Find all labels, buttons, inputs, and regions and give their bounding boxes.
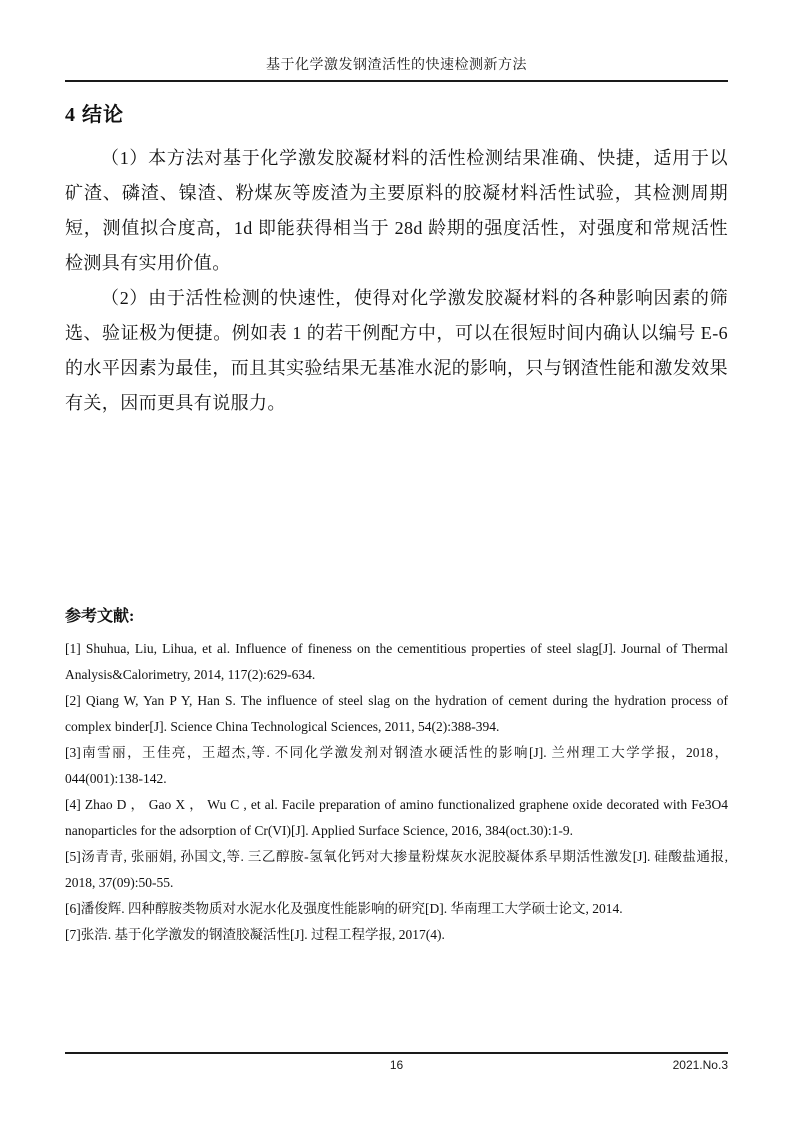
reference-item-4: [4] Zhao D ， Gao X ， Wu C , et al. Facil… xyxy=(65,792,728,844)
page-content: 基于化学激发钢渣活性的快速检测新方法 4 结论 （1）本方法对基于化学激发胶凝材… xyxy=(65,0,728,948)
reference-item-1: [1] Shuhua, Liu, Lihua, et al. Influence… xyxy=(65,636,728,688)
reference-item-5: [5]汤青青, 张丽娟, 孙国文,等. 三乙醇胺-氢氧化钙对大掺量粉煤灰水泥胶凝… xyxy=(65,844,728,896)
reference-item-2: [2] Qiang W, Yan P Y, Han S. The influen… xyxy=(65,688,728,740)
reference-item-7: [7]张浩. 基于化学激发的钢渣胶凝活性[J]. 过程工程学报, 2017(4)… xyxy=(65,922,728,948)
conclusion-paragraph-1: （1）本方法对基于化学激发胶凝材料的活性检测结果准确、快捷，适用于以矿渣、磷渣、… xyxy=(65,141,728,281)
page-number: 16 xyxy=(65,1058,728,1072)
running-title: 基于化学激发钢渣活性的快速检测新方法 xyxy=(65,57,728,75)
section-heading: 4 结论 xyxy=(65,103,728,127)
page-header: 基于化学激发钢渣活性的快速检测新方法 xyxy=(65,0,728,82)
page-footer: 16 2021.No.3 xyxy=(65,1052,728,1078)
conclusion-paragraph-2: （2）由于活性检测的快速性，使得对化学激发胶凝材料的各种影响因素的筛选、验证极为… xyxy=(65,281,728,421)
reference-item-3: [3]南雪丽，王佳亮，王超杰,等. 不同化学激发剂对钢渣水硬活性的影响[J]. … xyxy=(65,740,728,792)
reference-item-6: [6]潘俊辉. 四种醇胺类物质对水泥水化及强度性能影响的研究[D]. 华南理工大… xyxy=(65,896,728,922)
references-heading: 参考文献: xyxy=(65,607,728,627)
document-page: 基于化学激发钢渣活性的快速检测新方法 4 结论 （1）本方法对基于化学激发胶凝材… xyxy=(0,0,793,1122)
issue-number: 2021.No.3 xyxy=(673,1058,728,1072)
references-section: 参考文献: [1] Shuhua, Liu, Lihua, et al. Inf… xyxy=(65,607,728,948)
